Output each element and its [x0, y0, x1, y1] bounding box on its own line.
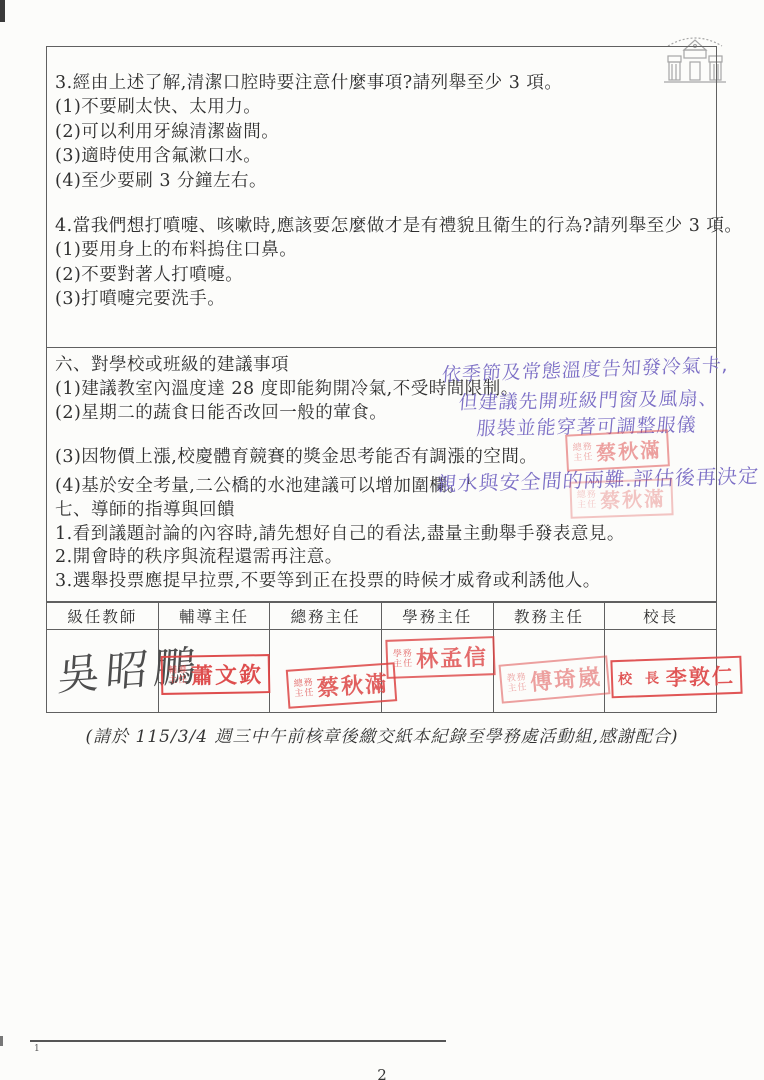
section-seven-item: 2.開會時的秩序與流程還需再注意。 — [55, 546, 710, 570]
stamp-dept-label: 總務主任 — [577, 489, 598, 510]
scan-edge-artifact — [0, 0, 5, 22]
question-3-item: (3)適時使用含氟漱口水。 — [55, 144, 710, 168]
stamp-general-affairs-faint: 總務主任 蔡秋滿 — [569, 478, 673, 519]
question-3-item: (1)不要刷太快、太用力。 — [55, 95, 710, 119]
question-4-item: (1)要用身上的布料摀住口鼻。 — [55, 238, 710, 262]
stamp-dept-label: 輔導主任 — [168, 665, 188, 685]
header-student-affairs-director: 學務主任 — [381, 603, 493, 630]
stamp-student-affairs-director: 學務主任 林孟信 — [385, 636, 495, 679]
question-3-item: (2)可以利用牙線清潔齒間。 — [55, 120, 710, 144]
stamp-principal: 校 長 李敦仁 — [610, 656, 742, 699]
question-3-title: 3.經由上述了解,清潔口腔時要注意什麼事項?請列舉至少 3 項。 — [55, 71, 710, 95]
stamp-general-affairs-faint: 總務主任 蔡秋滿 — [565, 429, 670, 471]
stamp-dept-label: 學務主任 — [393, 648, 414, 669]
stamp-dept-label: 教務主任 — [506, 672, 528, 694]
section-seven-item: 1.看到議題討論的內容時,請先想好自己的看法,盡量主動舉手發表意見。 — [55, 523, 710, 547]
stamp-principal-label: 校 長 — [618, 667, 664, 689]
signature-table-header-row: 級任教師 輔導主任 總務主任 學務主任 教務主任 校長 — [47, 603, 717, 630]
stamp-dept-label: 總務主任 — [293, 677, 314, 698]
header-homeroom-teacher: 級任教師 — [47, 603, 159, 630]
question-4-item: (3)打噴嚏完要洗手。 — [55, 287, 710, 311]
stamp-general-affairs-director: 總務主任 蔡秋滿 — [286, 662, 397, 709]
footnote-divider — [30, 1040, 446, 1042]
page-number: 2 — [0, 1066, 764, 1080]
scan-edge-artifact — [0, 1036, 3, 1046]
stamp-counseling-director: 輔導主任 蕭文欽 — [161, 654, 271, 695]
scanned-document-page: 3.經由上述了解,清潔口腔時要注意什麼事項?請列舉至少 3 項。 (1)不要刷太… — [0, 0, 764, 1080]
header-general-affairs-director: 總務主任 — [270, 603, 382, 630]
stamp-dept-label: 總務主任 — [573, 442, 594, 463]
header-counseling-director: 輔導主任 — [158, 603, 270, 630]
question-4-item: (2)不要對著人打噴嚏。 — [55, 263, 710, 287]
footnote-marker: 1 — [34, 1044, 40, 1054]
section-seven-item: 3.選舉投票應提早拉票,不要等到正在投票的時候才威脅或利誘他人。 — [55, 570, 710, 594]
question-4-title: 4.當我們想打噴嚏、咳嗽時,應該要怎麼做才是有禮貌且衛生的行為?請列舉至少 3 … — [55, 214, 710, 238]
submission-deadline-note: (請於 115/3/4 週三中午前核章後繳交紙本紀錄至學務處活動組,感謝配合) — [0, 722, 764, 747]
header-academic-affairs-director: 教務主任 — [493, 603, 605, 630]
questions-box: 3.經由上述了解,清潔口腔時要注意什麼事項?請列舉至少 3 項。 (1)不要刷太… — [46, 46, 717, 348]
question-3-item: (4)至少要刷 3 分鐘左右。 — [55, 169, 710, 193]
header-principal: 校長 — [605, 603, 717, 630]
